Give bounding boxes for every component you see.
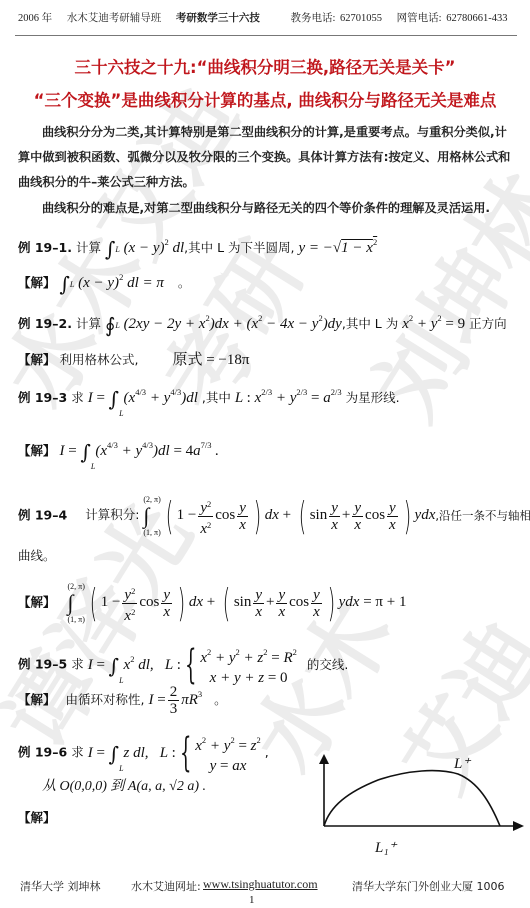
footer-author: 清华大学 刘坤林 [20, 878, 101, 894]
solution-text: 由循环对称性, [66, 692, 145, 707]
arrow-right-icon [513, 821, 524, 831]
header-org: 水木艾迪考研辅导班 [67, 13, 162, 24]
example-19-6-path: 从 O(0,0,0) 到 A(a, a, √2 a) . [42, 775, 206, 795]
example-integral: ∫L (x − y)2 dl [105, 240, 184, 256]
solution-end: 。 [178, 275, 191, 290]
example-text: 的交线. [307, 657, 348, 672]
example-19-3: 例 19–3 求 I = ∫L(x4/3 + y4/3)dl ,其中 L : x… [18, 387, 400, 418]
example-integral: ∮L (2xy − 2y + x2)dx + (x2 − 4x − y2)dy [105, 316, 342, 332]
page-number: 1 [249, 894, 255, 906]
solution-19-2: 【解】 利用格林公式, 原式 = −18π [18, 348, 249, 369]
brace-icon: { [180, 730, 191, 776]
solution-label: 【解】 [18, 443, 56, 458]
example-integral: I = ∫L(x4/3 + y4/3)dl [88, 390, 198, 406]
solution-formula: I = ∫L(x4/3 + y4/3)dl = 4a7/3 . [60, 443, 220, 459]
example-text: 求 [71, 390, 84, 405]
intro-text-2: 曲线积分的难点是,对第二型曲线积分与路径无关的四个等价条件的理解及灵活运用. [42, 201, 490, 215]
example-text: 计算积分: [85, 507, 139, 522]
solution-end: 。 [214, 692, 227, 707]
academic-phone-label: 教务电话: [291, 13, 336, 24]
solution-label: 【解】 [18, 352, 56, 367]
header-course: 考研数学三十六技 [176, 13, 260, 24]
page-header: 2006 年 水木艾迪考研辅导班 考研数学三十六技 教务电话: 62701055… [18, 10, 519, 25]
example-19-4: 例 19–4 计算积分: (2, π)∫(1, π)(1 −y2x2cosyx)… [18, 493, 530, 539]
page-title: 三十六技之十九:“曲线积分明三换,路径无关是关卡” [0, 54, 530, 78]
curve-L [324, 771, 500, 826]
example-label: 例 19–5 [18, 657, 67, 672]
example-text: 求 [71, 657, 84, 672]
solution-result: = π + 1 [363, 594, 406, 610]
page-subtitle: “三个变换”是曲线积分计算的基点, 曲线积分与路径无关是难点 [0, 87, 530, 111]
example-integral: (2, π)∫(1, π)(1 −y2x2cosyx)dx + (sinyx+y… [143, 507, 435, 523]
admin-phone: 62780661-433 [446, 13, 507, 24]
example-condition: L : x2/3 + y2/3 = a2/3 [235, 390, 342, 406]
equation-system: x2 + y2 + z2 = R2x + y + z = 0 [200, 642, 297, 688]
example-text: ,其中 L 为 [342, 316, 398, 331]
solution-label: 【解】 [18, 594, 56, 609]
solution-label: 【解】 [18, 692, 56, 707]
example-19-1: 例 19–1. 计算 ∫L (x − y)2 dl,其中 L 为下半圆周, y … [18, 237, 377, 261]
example-condition: x2 + y2 = 9 [402, 316, 465, 332]
example-text: 求 [71, 745, 84, 760]
intro-paragraph-1: 曲线积分分为二类,其计算特别是第二型曲线积分的计算,是重要考点。与重积分类似,计… [18, 120, 513, 195]
example-condition: y = −√1 − x2 [299, 240, 378, 256]
example-19-2: 例 19–2. 计算 ∮L (2xy − 2y + x2)dx + (x2 − … [18, 313, 507, 337]
header-year: 2006 年 [18, 13, 52, 24]
solution-formula: (2, π)∫(1, π)(1 −y2x2cosyx)dx + (sinyx+y… [68, 594, 407, 610]
equation-system: x2 + y2 = z2y = ax [195, 730, 261, 776]
admin-phone-label: 网管电话: [397, 13, 442, 24]
document-page: 2006 年 水木艾迪考研辅导班 考研数学三十六技 教务电话: 62701055… [0, 0, 530, 908]
example-text: ,其中 [202, 390, 231, 405]
academic-phone: 62701055 [340, 13, 382, 24]
example-text: 为星形线. [346, 390, 400, 405]
solution-19-3: 【解】 I = ∫L(x4/3 + y4/3)dl = 4a7/3 . [18, 440, 219, 471]
example-label: 例 19–4 [18, 507, 67, 522]
solution-19-1: 【解】 ∫L (x − y)2 dl = π 。 [18, 272, 190, 296]
footer-url-link[interactable]: www.tsinghuatutor.com [203, 877, 318, 892]
example-label: 例 19–6 [18, 745, 67, 760]
example-integral: I = ∫Lz dl, L : [88, 745, 176, 761]
solution-formula: 原式 = −18π [172, 352, 249, 368]
solution-formula: ∫L (x − y)2 dl = π [60, 275, 164, 291]
footer-address: 清华大学东门外创业大厦 1006 [352, 878, 505, 894]
brace-icon: { [185, 642, 196, 688]
arrow-up-icon [319, 754, 329, 764]
solution-formula: I =23πR3 [148, 692, 202, 708]
base-label: L₁⁺ [374, 840, 398, 856]
curve-diagram: L⁺ L₁⁺ [318, 750, 528, 860]
example-label: 例 19–1. [18, 240, 72, 255]
solution-19-4: 【解】 (2, π)∫(1, π)(1 −y2x2cosyx)dx + (sin… [18, 580, 406, 626]
example-text: ,其中 L 为下半圆周, [184, 240, 294, 255]
example-19-6: 例 19–6 求 I = ∫Lz dl, L :{x2 + y2 = z2y =… [18, 730, 269, 776]
example-text: 计算 [76, 316, 101, 331]
example-text: 计算 [76, 240, 101, 255]
solution-text: 利用格林公式, [60, 352, 139, 367]
curve-label: L⁺ [453, 756, 471, 772]
example-label: 例 19–2. [18, 316, 72, 331]
header-divider [15, 35, 517, 36]
solution-19-5: 【解】 由循环对称性, I =23πR3 。 [18, 684, 227, 717]
example-19-4-wrap: 曲线。 [18, 546, 56, 564]
solution-19-6: 【解】 [18, 808, 56, 826]
example-label: 例 19–3 [18, 390, 67, 405]
example-19-5: 例 19–5 求 I = ∫Lx2 dl, L :{x2 + y2 + z2 =… [18, 642, 348, 688]
solution-label: 【解】 [18, 275, 56, 290]
solution-label: 【解】 [18, 810, 56, 825]
example-integral: I = ∫Lx2 dl, L : [88, 657, 181, 673]
footer-site-label: 水木艾迪网址: [131, 878, 201, 894]
example-text: , [265, 745, 269, 760]
example-text: 正方向 [469, 316, 507, 331]
intro-text-1: 曲线积分分为二类,其计算特别是第二型曲线积分的计算,是重要考点。与重积分类似,计… [18, 125, 510, 189]
intro-paragraph-2: 曲线积分的难点是,对第二型曲线积分与路径无关的四个等价条件的理解及灵活运用. [18, 196, 513, 221]
